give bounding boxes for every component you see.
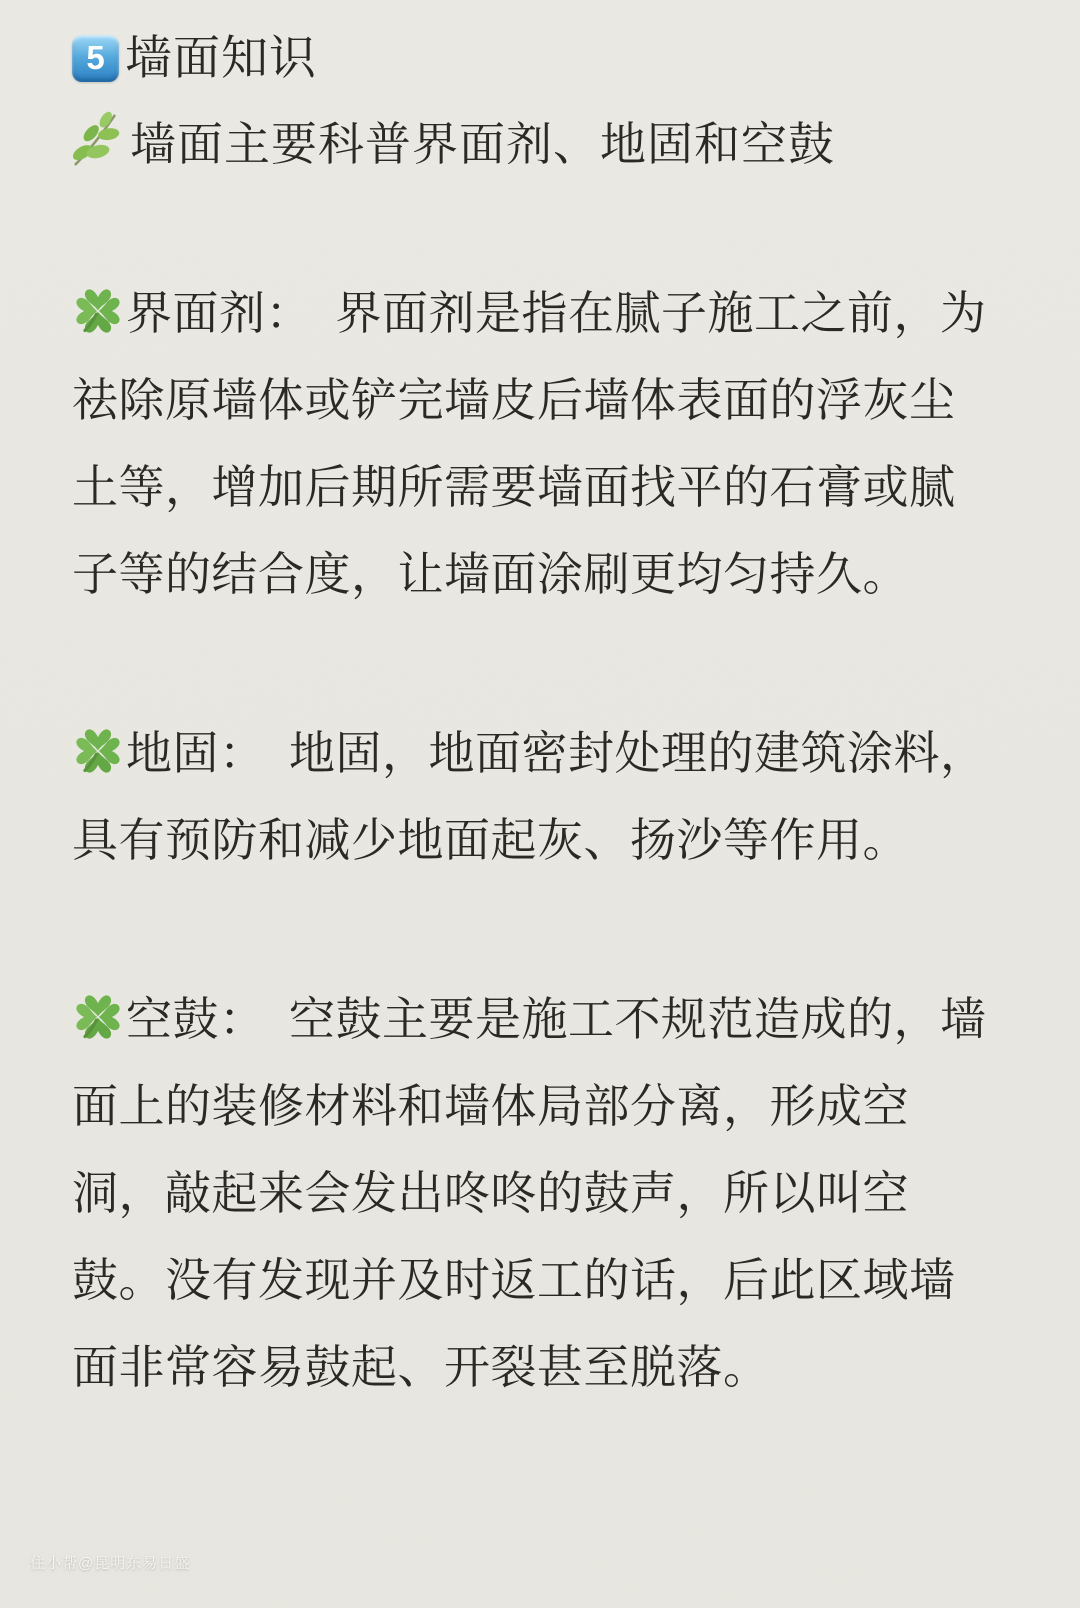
note-page: 5 墙面知识 墙面主要科普界面剂、地固和空鼓 界面剂： 界面剂是指在腻子施工之前… [0,0,1080,1608]
note-content: 5 墙面知识 墙面主要科普界面剂、地固和空鼓 界面剂： 界面剂是指在腻子施工之前… [0,0,1080,1411]
section-term: 地固： [126,727,243,779]
page-title-row: 5 墙面知识 [72,28,1032,88]
herb-icon [66,108,128,186]
four-leaf-clover-icon [72,718,124,770]
watermark: 住小帮@昆明东易日盛 [30,1552,190,1573]
page-subtitle-row: 墙面主要科普界面剂、地固和空鼓 [72,102,1032,186]
four-leaf-clover-icon [72,278,124,330]
keycap-digit: 5 [86,28,104,88]
page-title: 墙面知识 [125,28,317,88]
keycap-5-icon: 5 [72,35,119,82]
note-body: 界面剂： 界面剂是指在腻子施工之前，为 祛除原墙体或铲完墙皮后墙体表面的浮灰尘 … [72,270,1032,1411]
section-term: 界面剂： [126,287,289,339]
section-paragraph-digu: 地固： 地固，地面密封处理的建筑涂料， 具有预防和减少地面起灰、扬沙等作用。 [72,710,1032,884]
page-subtitle: 墙面主要科普界面剂、地固和空鼓 [130,112,835,176]
four-leaf-clover-icon [72,984,124,1036]
section-paragraph-konggu: 空鼓： 空鼓主要是施工不规范造成的，墙 面上的装修材料和墙体局部分离，形成空 洞… [72,976,1032,1411]
section-paragraph-jiemianji: 界面剂： 界面剂是指在腻子施工之前，为 祛除原墙体或铲完墙皮后墙体表面的浮灰尘 … [72,270,1032,618]
section-text: 空鼓主要是施工不规范造成的，墙 面上的装修材料和墙体局部分离，形成空 洞，敲起来… [72,993,987,1393]
section-term: 空鼓： [126,993,243,1045]
